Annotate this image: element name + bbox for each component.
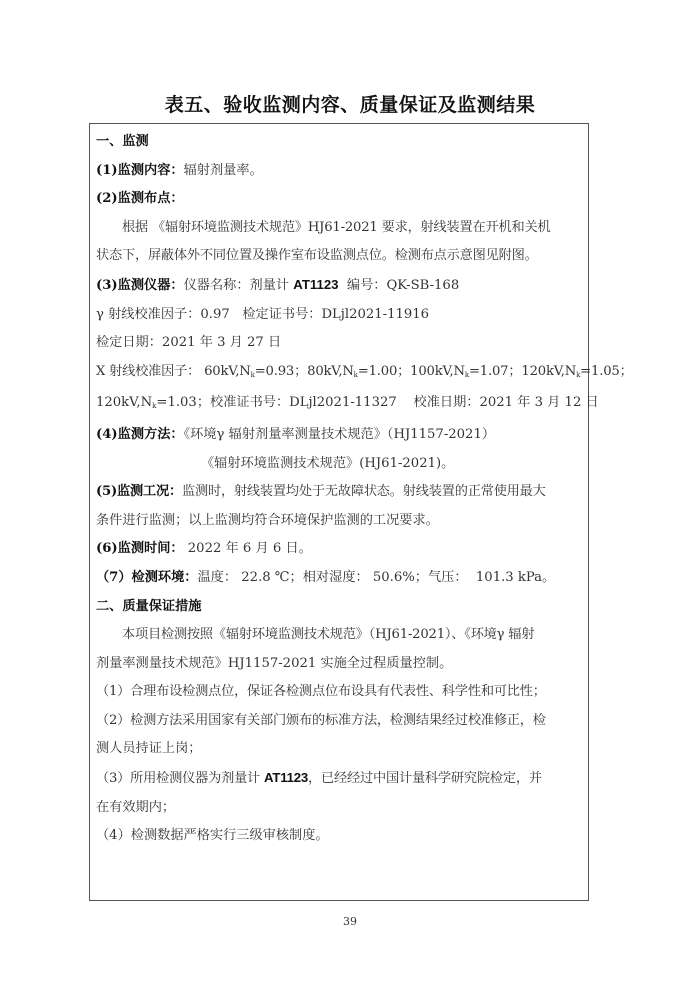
- humidity-label: 相对湿度：: [303, 570, 369, 585]
- qa-item-3-suffix: ，已经经过中国计量科学研究院检定，并: [308, 771, 542, 786]
- qa-item-3-prefix: （3）所用检测仪器为剂量计: [96, 771, 264, 786]
- method-line1: 《环境γ 辐射剂量率测量技术规范》（HJ1157-2021）: [184, 427, 495, 442]
- pressure-label: 气压：: [428, 570, 468, 585]
- instrument-row: (3)监测仪器：仪器名称：剂量计 AT1123 编号：QK-SB-168: [96, 271, 583, 301]
- qa-item-2-line2: 测人员持证上岗；: [96, 735, 583, 764]
- method-line2: 《辐射环境监测技术规范》(HJ61-2021)。: [96, 450, 583, 479]
- xray-factor-1-kv: 80kV: [307, 364, 338, 379]
- xray-factor-4-kv: 120kV: [96, 395, 136, 410]
- xray-factors-row: X 射线校准因子： 60kV,Nk=0.93；80kV,Nk=1.00；100k…: [96, 358, 583, 390]
- temperature-value: 22.8 ℃；: [237, 570, 303, 585]
- xray-factor-0-nk: 0.93: [266, 364, 295, 379]
- qa-item-2-line1: （2）检测方法采用国家有关部门颁布的标准方法，检测结果经过校准修正，检: [96, 707, 583, 736]
- xray-factor-3-kv: 120kV: [521, 364, 560, 379]
- temperature-label: 温度：: [198, 570, 238, 585]
- section2-heading: 二、质量保证措施: [96, 593, 583, 622]
- time-row: (6)监测时间： 2022 年 6 月 6 日。: [96, 535, 583, 564]
- method-row: (4)监测方法：《环境γ 辐射剂量率测量技术规范》（HJ1157-2021）: [96, 421, 583, 450]
- environment-label: （7）检测环境：: [96, 570, 198, 585]
- section-heading-text: 一、监测: [96, 134, 149, 149]
- condition-row: (5)监测工况：监测时，射线装置均处于无故障状态。射线装置的正常使用最大: [96, 478, 583, 507]
- xray-factor-2-kv: 100kV: [410, 364, 449, 379]
- condition-line1: 监测时，射线装置均处于无故障状态。射线装置的正常使用最大: [182, 484, 546, 499]
- monitoring-content-label: (1)监测内容：: [96, 163, 184, 178]
- qa-intro-line2: 剂量率测量技术规范》HJ1157-2021 实施全过程质量控制。: [96, 650, 583, 679]
- calibration-cert: 校准证书号：DLjl2021-11327: [210, 395, 397, 410]
- xray-factor-4-nk: 1.03: [167, 395, 196, 410]
- calibration-date: 校准日期：2021 年 3 月 12 日: [414, 395, 599, 410]
- pressure-value: 101.3 kPa。: [468, 570, 556, 585]
- condition-label: (5)监测工况：: [96, 484, 182, 499]
- condition-line2: 条件进行监测；以上监测均符合环境保护监测的工况要求。: [96, 507, 583, 536]
- monitoring-points-label: (2)监测布点：: [96, 191, 184, 206]
- humidity-value: 50.6%；: [369, 570, 428, 585]
- page-number: 39: [0, 915, 700, 928]
- method-label: (4)监测方法：: [96, 427, 184, 442]
- content-table-box: 一、监测 (1)监测内容：辐射剂量率。 (2)监测布点： 根据 《辐射环境监测技…: [89, 123, 589, 901]
- environment-row: （7）检测环境：温度： 22.8 ℃；相对湿度： 50.6%；气压： 101.3…: [96, 564, 583, 593]
- monitoring-points-para-line2: 状态下，屏蔽体外不同位置及操作室布设监测点位。检测布点示意图见附图。: [96, 242, 583, 271]
- monitoring-points-para-line1: 根据 《辐射环境监测技术规范》HJ61-2021 要求，射线装置在开机和关机: [96, 214, 583, 243]
- time-label: (6)监测时间：: [96, 541, 184, 556]
- qa-item-3-model: AT1123: [264, 770, 308, 785]
- qa-intro-line1: 本项目检测按照《辐射环境监测技术规范》（HJ61-2021）、《环境γ 辐射: [96, 621, 583, 650]
- instrument-label: (3)监测仪器：: [96, 278, 184, 293]
- xray-factor-2-nk: 1.07: [480, 364, 509, 379]
- monitoring-points-row: (2)监测布点：: [96, 185, 583, 214]
- instrument-serial: 编号：QK-SB-168: [339, 278, 460, 293]
- gamma-calibration-row: γ 射线校准因子：0.97 检定证书号：DLjl2021-11916: [96, 301, 583, 330]
- qa-item-3-line1: （3）所用检测仪器为剂量计 AT1123，已经经过中国计量科学研究院检定，并: [96, 764, 583, 794]
- qa-item-1: （1）合理布设检测点位，保证各检测点位布设具有代表性、科学性和可比性；: [96, 678, 583, 707]
- section-heading-text: 二、质量保证措施: [96, 599, 202, 614]
- xray-factors-row2: 120kV,Nk=1.03；校准证书号：DLjl2021-11327 校准日期：…: [96, 389, 583, 421]
- instrument-model: AT1123: [293, 277, 338, 292]
- verify-date-row: 检定日期：2021 年 3 月 27 日: [96, 329, 583, 358]
- xray-factor-prefix: X 射线校准因子：: [96, 364, 204, 379]
- qa-item-3-line2: 在有效期内；: [96, 794, 583, 823]
- monitoring-content-value: 辐射剂量率。: [184, 163, 263, 178]
- xray-factor-3-nk: 1.05: [591, 364, 620, 379]
- xray-factor-1-nk: 1.00: [369, 364, 398, 379]
- page-title: 表五、验收监测内容、质量保证及监测结果: [0, 90, 700, 117]
- qa-item-4: （4）检测数据严格实行三级审核制度。: [96, 822, 583, 851]
- instrument-name-label: 仪器名称：剂量计: [184, 278, 294, 293]
- section1-heading: 一、监测: [96, 128, 583, 157]
- xray-factor-0-kv: 60kV: [204, 364, 235, 379]
- time-value: 2022 年 6 月 6 日。: [184, 541, 312, 556]
- monitoring-content-row: (1)监测内容：辐射剂量率。: [96, 157, 583, 186]
